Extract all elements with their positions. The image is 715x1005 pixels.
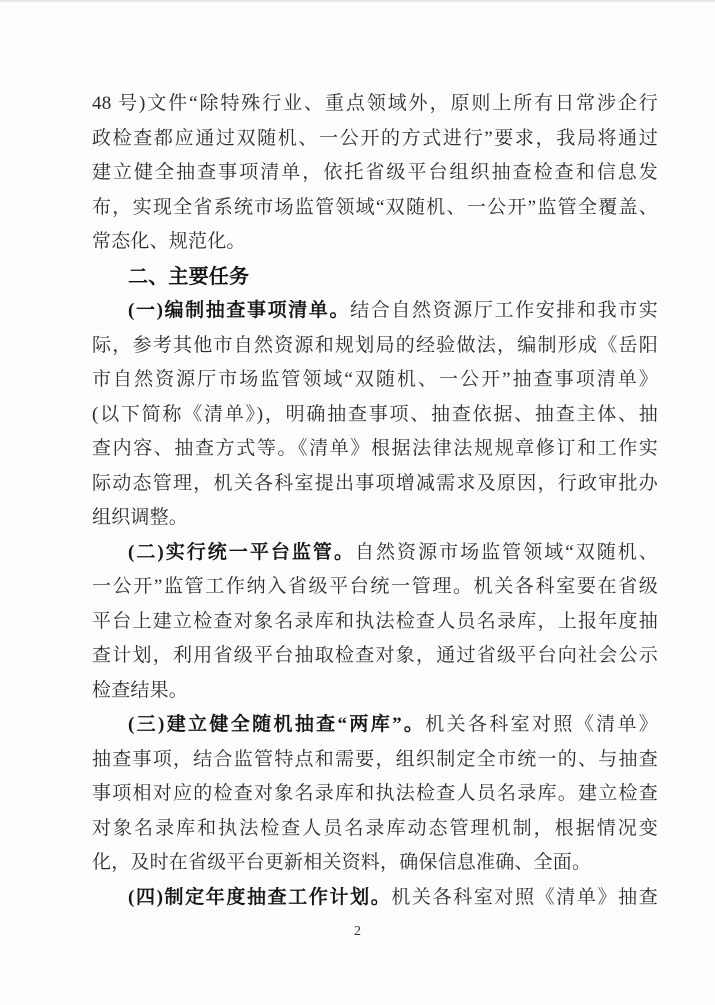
text-line: 48 号)文件“除特殊行业、重点领域外，原则上所有日常涉企行 — [92, 87, 658, 122]
text-line: 平台上建立检查对象名录库和执法检查人员名录库，上报年度抽 — [92, 605, 658, 640]
section-heading: 二、主要任务 — [92, 260, 658, 295]
text-line: 查计划，利用省级平台抽取检查对象，通过省级平台向社会公示 — [92, 639, 658, 674]
document-page: 48 号)文件“除特殊行业、重点领域外，原则上所有日常涉企行 政检查都应通过双随… — [0, 0, 715, 1005]
paragraph-lead: (四)制定年度抽查工作计划。 — [128, 887, 391, 908]
text-line: (一)编制抽查事项清单。结合自然资源厅工作安排和我市实 — [92, 294, 658, 329]
paragraph-lead: (二)实行统一平台监管。 — [128, 542, 355, 563]
line-text: 检查结果。 — [92, 680, 188, 701]
line-text: 事项相对应的检查对象名录库和执法检查人员名录库。建立检查 — [92, 783, 658, 804]
line-text: 布，实现全省系统市场监管领域“双随机、一公开”监管全覆盖、 — [92, 197, 658, 218]
line-text: 查内容、抽查方式等。《清单》根据法律法规规章修订和工作实 — [92, 438, 658, 459]
document-body: 48 号)文件“除特殊行业、重点领域外，原则上所有日常涉企行 政检查都应通过双随… — [92, 87, 658, 915]
text-line: 政检查都应通过双随机、一公开的方式进行”要求，我局将通过 — [92, 122, 658, 157]
text-line: 查内容、抽查方式等。《清单》根据法律法规规章修订和工作实 — [92, 432, 658, 467]
text-line: 事项相对应的检查对象名录库和执法检查人员名录库。建立检查 — [92, 777, 658, 812]
paragraph-lead: (一)编制抽查事项清单。 — [128, 300, 350, 321]
line-text: 际动态管理，机关各科室提出事项增减需求及原因，行政审批办 — [92, 473, 658, 494]
text-line: 组织调整。 — [92, 501, 658, 536]
line-text: 市自然资源厅市场监管领域“双随机、一公开”抽查事项清单》 — [92, 369, 658, 390]
line-text: 抽查事项，结合监管特点和需要，组织制定全市统一的、与抽查 — [92, 749, 658, 770]
text-line: 际，参考其他市自然资源和规划局的经验做法，编制形成《岳阳 — [92, 329, 658, 364]
text-line: 检查结果。 — [92, 674, 658, 709]
text-line: 一公开”监管工作纳入省级平台统一管理。机关各科室要在省级 — [92, 570, 658, 605]
line-text: 组织调整。 — [92, 507, 188, 528]
page-number: 2 — [0, 924, 715, 940]
text-line: (四)制定年度抽查工作计划。机关各科室对照《清单》抽查 — [92, 881, 658, 916]
text-line: 抽查事项，结合监管特点和需要，组织制定全市统一的、与抽查 — [92, 743, 658, 778]
line-text: 一公开”监管工作纳入省级平台统一管理。机关各科室要在省级 — [92, 576, 658, 597]
line-text: 查计划，利用省级平台抽取检查对象，通过省级平台向社会公示 — [92, 645, 658, 666]
line-text: 常态化、规范化。 — [92, 231, 246, 252]
line-text: 化，及时在省级平台更新相关资料，确保信息准确、全面。 — [92, 852, 591, 873]
line-text: 自然资源市场监管领域“双随机、 — [355, 542, 658, 563]
text-line: 建立健全抽查事项清单，依托省级平台组织抽查检查和信息发 — [92, 156, 658, 191]
line-text: 政检查都应通过双随机、一公开的方式进行”要求，我局将通过 — [92, 128, 658, 149]
line-text: 平台上建立检查对象名录库和执法检查人员名录库，上报年度抽 — [92, 611, 658, 632]
section-heading-text: 二、主要任务 — [128, 266, 249, 288]
line-text: 结合自然资源厅工作安排和我市实 — [350, 300, 658, 321]
line-text: (以下简称《清单》)，明确抽查事项、抽查依据、抽查主体、抽 — [92, 404, 658, 425]
line-text: 48 号)文件“除特殊行业、重点领域外，原则上所有日常涉企行 — [92, 93, 658, 114]
line-text: 际，参考其他市自然资源和规划局的经验做法，编制形成《岳阳 — [92, 335, 658, 356]
text-line: 市自然资源厅市场监管领域“双随机、一公开”抽查事项清单》 — [92, 363, 658, 398]
text-line: (三)建立健全随机抽查“两库”。机关各科室对照《清单》 — [92, 708, 658, 743]
line-text: 建立健全抽查事项清单，依托省级平台组织抽查检查和信息发 — [92, 162, 658, 183]
text-line: 布，实现全省系统市场监管领域“双随机、一公开”监管全覆盖、 — [92, 191, 658, 226]
text-line: (二)实行统一平台监管。自然资源市场监管领域“双随机、 — [92, 536, 658, 571]
paragraph-lead: (三)建立健全随机抽查“两库”。 — [128, 714, 425, 735]
line-text: 机关各科室对照《清单》抽查 — [391, 887, 658, 908]
line-text: 对象名录库和执法检查人员名录库动态管理机制，根据情况变 — [92, 818, 658, 839]
text-line: 对象名录库和执法检查人员名录库动态管理机制，根据情况变 — [92, 812, 658, 847]
line-text: 机关各科室对照《清单》 — [425, 714, 658, 735]
text-line: 常态化、规范化。 — [92, 225, 658, 260]
text-line: 际动态管理，机关各科室提出事项增减需求及原因，行政审批办 — [92, 467, 658, 502]
text-line: (以下简称《清单》)，明确抽查事项、抽查依据、抽查主体、抽 — [92, 398, 658, 433]
text-line: 化，及时在省级平台更新相关资料，确保信息准确、全面。 — [92, 846, 658, 881]
